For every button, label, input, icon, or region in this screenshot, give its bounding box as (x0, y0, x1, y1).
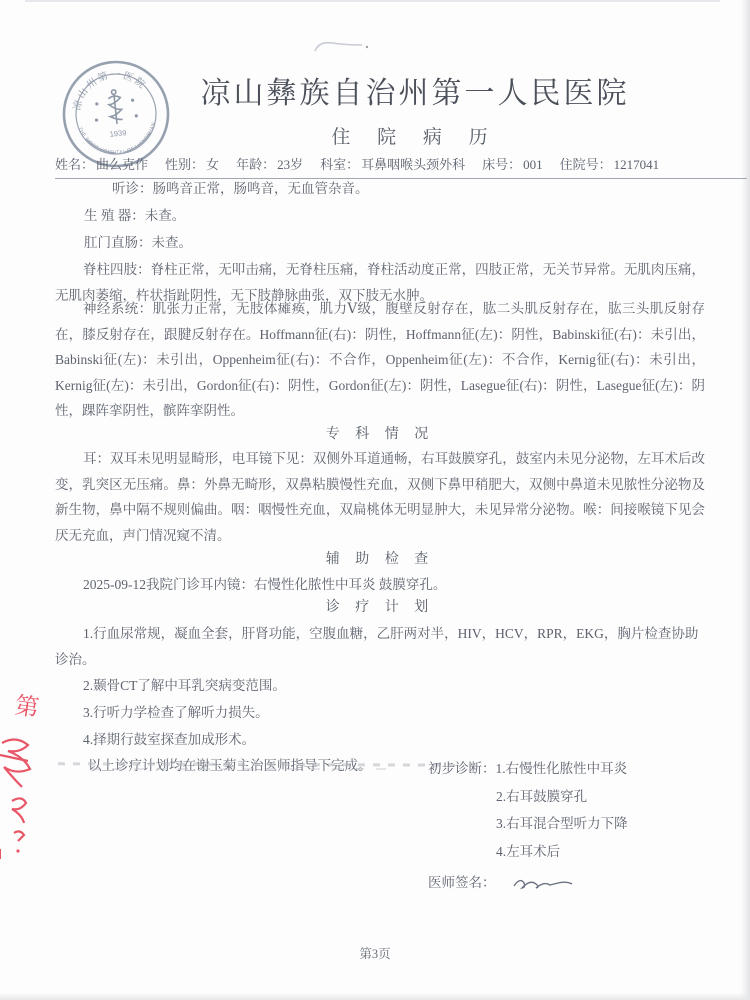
patient-age-field: 年龄：23岁 (236, 154, 303, 173)
patient-age-label: 年龄： (236, 157, 275, 172)
patient-sex-field: 性别：女 (165, 154, 219, 173)
plan-item-3: 3.行听力学检查了解听力损失。 (55, 700, 705, 726)
diagnosis-item-3: 3.右耳混合型听力下降 (496, 810, 628, 838)
patient-bed-label: 床号： (482, 157, 521, 172)
patient-name-label: 姓名： (55, 157, 94, 172)
plan-item-4: 4.择期行鼓室探查加成形术。 (55, 727, 705, 753)
patient-admission-label: 住院号： (560, 157, 612, 172)
doctor-signature-handwriting (510, 871, 580, 895)
page-number: 第3页 (0, 944, 750, 962)
patient-dept-value: 耳鼻咽喉头颈外科 (361, 157, 465, 172)
patient-name-field: 姓名：曲么克作 (55, 154, 148, 173)
preliminary-diagnosis-block: 初步诊断： 1.右慢性化脓性中耳炎 2.右耳鼓膜穿孔 3.右耳混合型听力下降 4… (428, 755, 628, 897)
diagnosis-item-2: 2.右耳鼓膜穿孔 (496, 783, 628, 811)
hospital-name-title: 凉山彝族自治州第一人民医院 (180, 68, 650, 112)
specialty-paragraph: 耳：双耳未见明显畸形，电耳镜下见：双侧外耳道通畅，右耳鼓膜穿孔，鼓室内未见分泌物… (55, 446, 705, 548)
patient-sex-label: 性别： (165, 157, 204, 172)
patient-dept-field: 科室：耳鼻咽喉头颈外科 (320, 154, 465, 173)
stamp-scribbles (0, 739, 30, 859)
treatment-plan-heading: 诊 疗 计 划 (55, 596, 705, 616)
patient-admission-value: 1217041 (614, 157, 660, 172)
patient-bed-value: 001 (523, 157, 543, 172)
doctor-signature-row: 医师签名： (428, 869, 628, 897)
plan-item-2: 2.颞骨CT了解中耳乳突病变范围。 (55, 673, 705, 699)
genital-line: 生 殖 器：未查。 (84, 203, 185, 229)
rectum-line: 肛门直肠：未查。 (84, 230, 192, 256)
pencil-smudge-artifact (312, 36, 378, 56)
caduceus-icon (108, 89, 124, 124)
red-ink-stamp-artifact: 第 (0, 683, 50, 873)
patient-name-value: 曲么克作 (96, 157, 148, 172)
auxiliary-result-line: 2025-09-12我院门诊耳内镜：右慢性化脓性中耳炎 鼓膜穿孔。 (83, 572, 446, 598)
doctor-signature-label: 医师签名： (428, 869, 496, 897)
patient-sex-value: 女 (206, 157, 219, 172)
document-type-title: 住 院 病 历 (180, 122, 650, 149)
diagnosis-item-1: 1.右慢性化脓性中耳炎 (496, 755, 628, 783)
nervous-system-paragraph: 神经系统：肌张力正常，无肢体瘫痪，肌力Ⅴ级，腹壁反射存在，肱二头肌反射存在，肱三… (55, 296, 705, 424)
seal-year: 1939 (109, 128, 127, 139)
diagnosis-item-4: 4.左耳术后 (496, 838, 628, 866)
plan-item-1: 1.行血尿常规，凝血全套，肝肾功能，空腹血糖，乙肝两对半，HIV，HCV，RPR… (55, 621, 705, 672)
scan-top-edge-artifact (25, 0, 720, 2)
patient-dept-label: 科室： (320, 157, 359, 172)
patient-admission-field: 住院号：1217041 (560, 154, 660, 173)
specialty-heading: 专 科 情 况 (55, 423, 705, 443)
diagnosis-label: 初步诊断： (428, 755, 496, 783)
patient-age-value: 23岁 (277, 157, 303, 172)
scan-scratch-artifact-2 (90, 768, 390, 770)
scanned-medical-record-page: 凉山州第一医院 THE FIRST HOSPITAL OF LIANGSHAN … (0, 0, 750, 1000)
scan-right-edge-artifact (741, 0, 750, 1000)
auscultation-line: 听诊：肠鸣音正常，肠鸣音，无血管杂音。 (112, 176, 369, 202)
stamp-glyph: 第 (13, 692, 41, 722)
diagnosis-row-1: 初步诊断： 1.右慢性化脓性中耳炎 (428, 755, 628, 783)
scan-bottom-edge-artifact (0, 993, 750, 1000)
patient-bed-field: 床号：001 (482, 154, 543, 173)
auxiliary-heading: 辅 助 检 查 (55, 548, 705, 568)
